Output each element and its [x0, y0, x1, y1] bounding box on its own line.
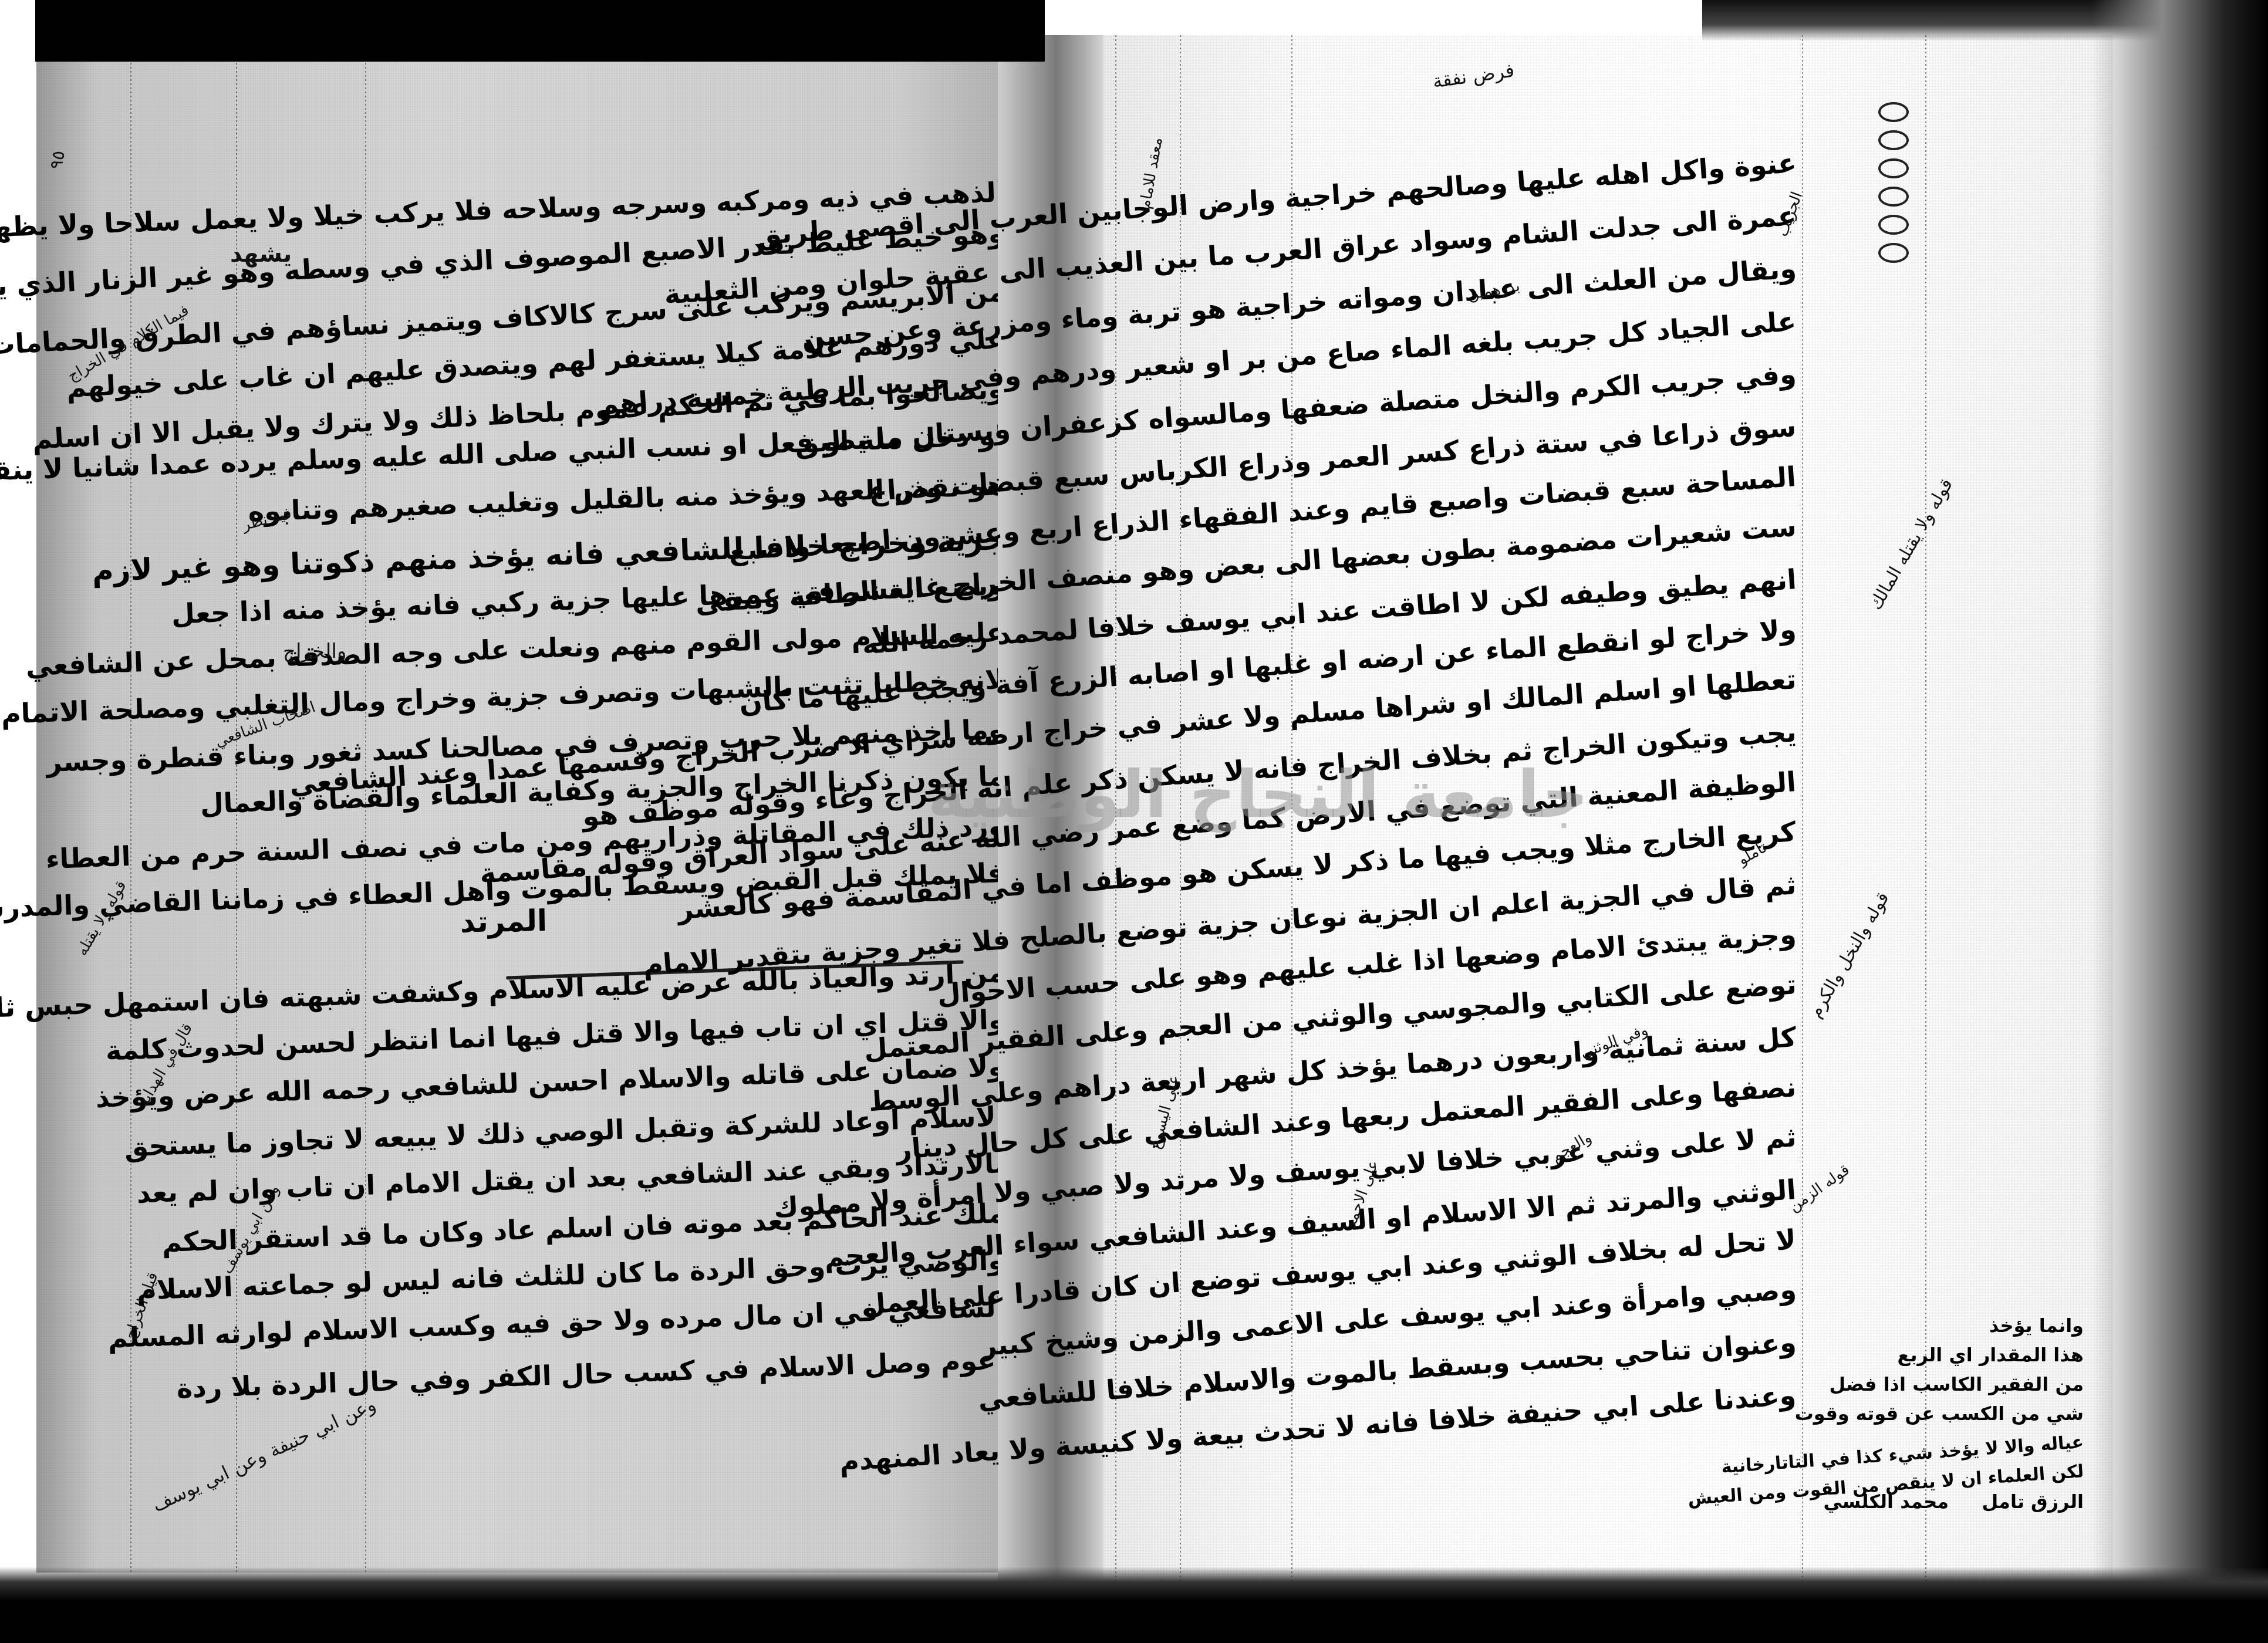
folio-number: ٩٥ — [46, 149, 69, 171]
loop-mark — [1878, 130, 1909, 150]
loop-mark — [1878, 215, 1909, 235]
loop-mark — [1878, 243, 1909, 263]
closing-note-line: هذا المقدار اي الربع — [1898, 1344, 2084, 1366]
watermark: جامعة النجاح الوطنية — [927, 757, 1588, 832]
decorative-loop-marks — [1878, 94, 1909, 271]
scan-border-top — [35, 0, 1045, 62]
margin-note: قوله ولا يقتله المالك — [1865, 475, 1957, 614]
closing-note-line: وانما يؤخذ — [1989, 1314, 2084, 1337]
loop-mark — [1878, 102, 1909, 122]
closing-note-line: الرزق تامل — [1982, 1490, 2084, 1513]
scan-border-bottom — [0, 1567, 2268, 1643]
closing-note: وانما يؤخذ هذا المقدار اي الربع من الفقي… — [1825, 1314, 2084, 1549]
scan-border-right — [2092, 0, 2268, 1643]
ruling-line — [1802, 35, 1803, 1584]
manuscript-scan: الذهب في ذيه ومركبه وسرجه وسلاحه فلا يرك… — [0, 0, 2268, 1643]
margin-note: والخراج — [283, 640, 346, 663]
margin-note: يشهد — [230, 241, 292, 268]
signature: محمد الكلسي — [1823, 1490, 1949, 1513]
loop-mark — [1878, 187, 1909, 207]
scan-left-margin — [0, 0, 36, 1643]
section-heading-murtad: المرتد — [460, 904, 547, 939]
loop-mark — [1878, 158, 1909, 178]
closing-note-line: من الفقير الكاسب اذا فضل — [1829, 1373, 2084, 1395]
margin-note: قوله والنخل والكرم — [1805, 888, 1894, 1021]
closing-note-line: شي من الكسب عن قوته وقوت — [1795, 1402, 2084, 1425]
text-line: اعوم وصل الاسلام في كسب حال الكفر وفي حا… — [176, 1344, 1005, 1404]
